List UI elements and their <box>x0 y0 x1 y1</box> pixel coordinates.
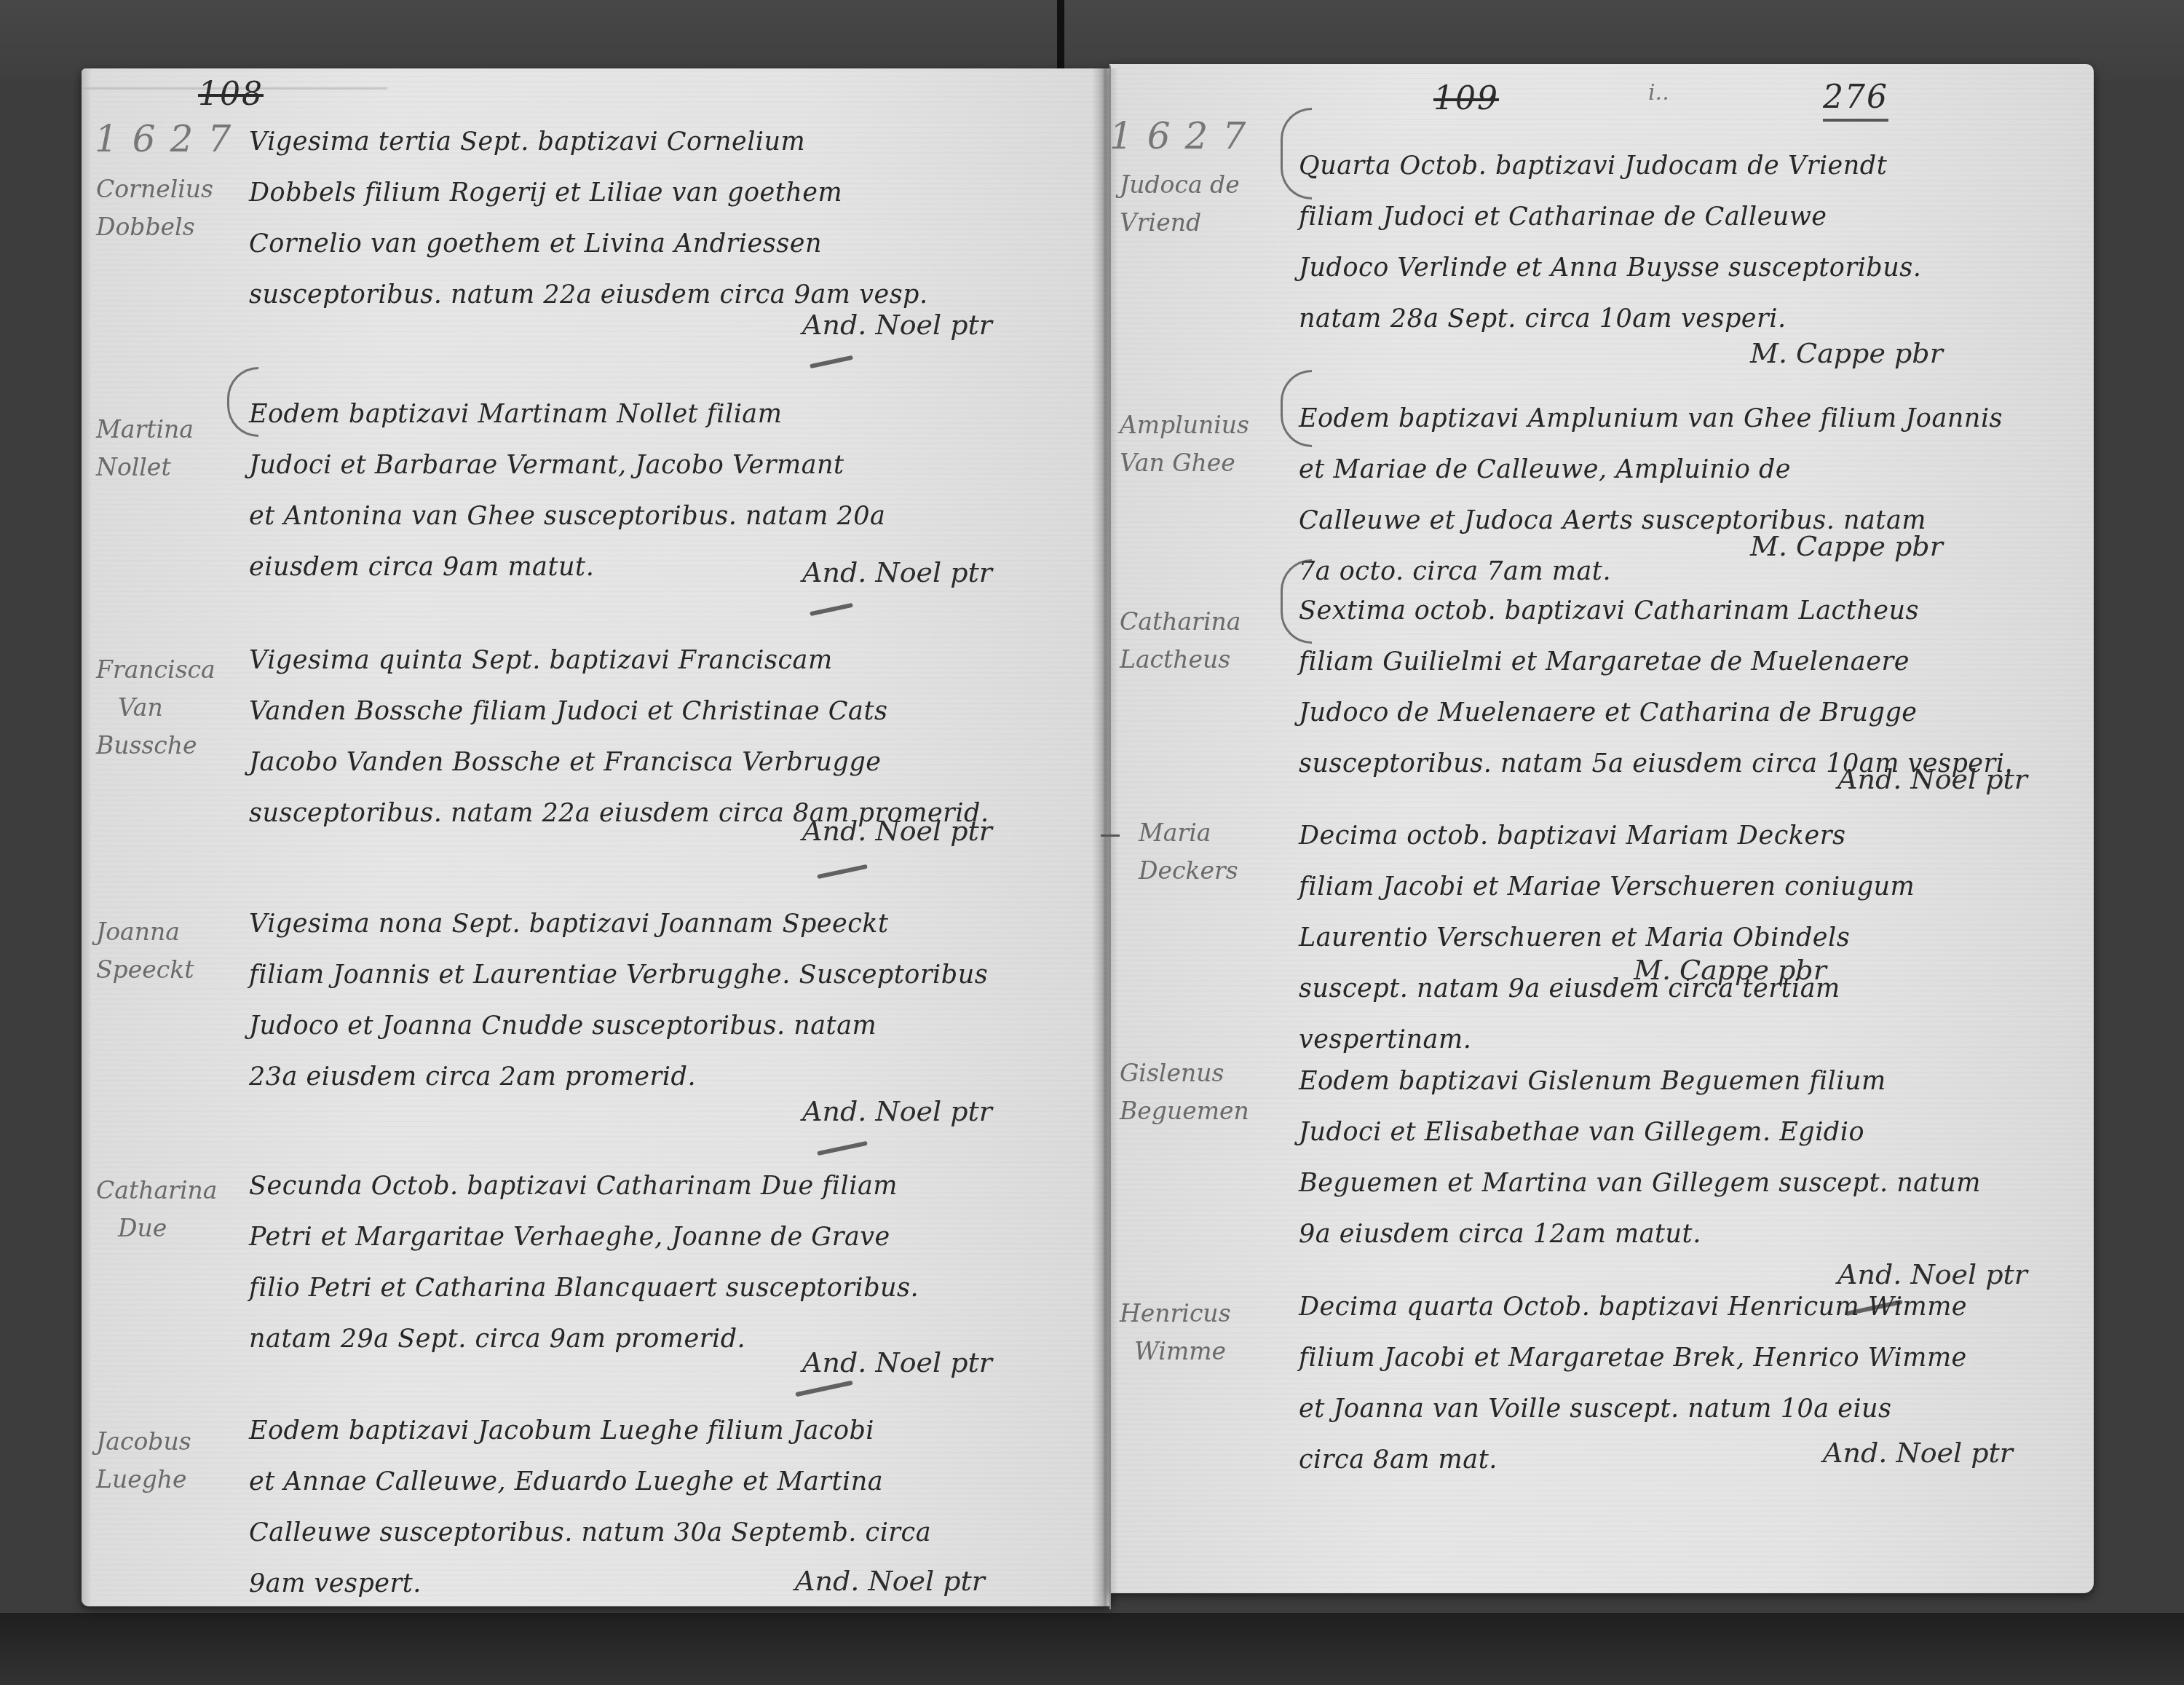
book-spine <box>1057 0 1064 69</box>
entry-line: filiam Judoci et Catharinae de Calleuwe <box>1299 192 1921 242</box>
entry-line: Vigesima quinta Sept. baptizavi Francisc… <box>249 635 989 686</box>
entry-line: filiam Joannis et Laurentiae Verbrugghe.… <box>249 950 988 1001</box>
margin-name-line: Beguemen <box>1120 1092 1287 1130</box>
margin-name: Joanna Speeckt <box>96 913 264 989</box>
margin-name-line: Cornelius <box>96 170 264 208</box>
page-edge <box>82 68 92 1606</box>
margin-name: Maria Deckers <box>1139 814 1306 890</box>
page-divider <box>1109 66 1111 1609</box>
margin-name: Martina Nollet <box>96 411 264 486</box>
margin-name-line: Lactheus <box>1120 641 1287 679</box>
margin-name-line: Van <box>96 689 264 727</box>
margin-name: Cornelius Dobbels <box>96 170 264 246</box>
margin-name-line: Joanna <box>96 913 264 951</box>
entry-line: filio Petri et Catharina Blancquaert sus… <box>249 1263 919 1314</box>
entry-line: Dobbels filium Rogerij et Liliae van goe… <box>249 167 928 218</box>
entry-line: Judoci et Elisabethae van Gillegem. Egid… <box>1299 1107 1981 1158</box>
entry-line: Vigesima nona Sept. baptizavi Joannam Sp… <box>249 899 988 950</box>
entry-line: et Antonina van Ghee susceptoribus. nata… <box>249 491 885 542</box>
baptism-entry: Eodem baptizavi Gislenum Beguemen filium… <box>1299 1056 1981 1260</box>
priest-signature: And. Noel ptr <box>802 815 992 847</box>
entry-line: filiam Guilielmi et Margaretae de Muelen… <box>1299 636 2013 687</box>
margin-name-line: Amplunius <box>1120 406 1287 444</box>
signature-flourish <box>810 603 853 616</box>
entry-line: Cornelio van goethem et Livina Andriesse… <box>249 218 928 269</box>
entry-line: Secunda Octob. baptizavi Catharinam Due … <box>249 1161 919 1212</box>
book-gutter <box>1092 68 1118 1606</box>
margin-name-line: Van Ghee <box>1120 444 1287 482</box>
margin-name: Catharina Lactheus <box>1120 603 1287 679</box>
entry-line: Decima quarta Octob. baptizavi Henricum … <box>1299 1282 1967 1333</box>
margin-name-line: Catharina <box>1120 603 1287 641</box>
margin-name-line: Dobbels <box>96 208 264 246</box>
margin-name-line: Maria <box>1139 814 1306 852</box>
priest-signature: And. Noel ptr <box>802 556 992 588</box>
margin-name-line: Vriend <box>1120 204 1287 242</box>
folio-number-struck: 109 <box>1433 80 1499 117</box>
baptism-entry: Eodem baptizavi Martinam Nollet filiam J… <box>249 389 885 593</box>
entry-line: Vigesima tertia Sept. baptizavi Corneliu… <box>249 117 928 167</box>
entry-line: filium Jacobi et Margaretae Brek, Henric… <box>1299 1333 1967 1384</box>
priest-signature: And. Noel ptr <box>802 1095 992 1127</box>
right-page: 109 i.. 276 1627 Judoca de Vriend Quarta… <box>1109 64 2094 1593</box>
entry-line: Judoci et Barbarae Vermant, Jacobo Verma… <box>249 440 885 491</box>
entry-line: et Joanna van Voille suscept. natum 10a … <box>1299 1384 1967 1435</box>
margin-name: Francisca Van Bussche <box>96 651 264 765</box>
entry-line: Eodem baptizavi Amplunium van Ghee filiu… <box>1299 393 2003 444</box>
entry-line: Sextima octob. baptizavi Catharinam Lact… <box>1299 585 2013 636</box>
signature-flourish <box>795 1381 852 1397</box>
margin-name-line: Due <box>96 1210 264 1247</box>
margin-name: Jacobus Lueghe <box>96 1423 264 1499</box>
signature-flourish <box>817 1141 868 1156</box>
scan-background-bottom <box>0 1613 2184 1685</box>
priest-signature: M. Cappe pbr <box>1750 530 1943 562</box>
entry-line: Petri et Margaritae Verhaeghe, Joanne de… <box>249 1212 919 1263</box>
entry-line: et Annae Calleuwe, Eduardo Lueghe et Mar… <box>249 1456 931 1507</box>
signature-flourish <box>817 864 868 879</box>
top-mark: i.. <box>1648 80 1669 106</box>
entry-line: Decima octob. baptizavi Mariam Deckers <box>1299 810 1915 861</box>
entry-line: Judoco et Joanna Cnudde susceptoribus. n… <box>249 1001 988 1051</box>
margin-name-line: Catharina <box>96 1172 264 1210</box>
margin-name: Catharina Due <box>96 1172 264 1247</box>
baptism-entry: Sextima octob. baptizavi Catharinam Lact… <box>1299 585 2013 789</box>
year-mark: 1627 <box>1109 115 1260 157</box>
binding-thread <box>1101 834 1120 837</box>
entry-line: Calleuwe susceptoribus. natum 30a Septem… <box>249 1507 931 1558</box>
folio-number: 276 <box>1823 79 1888 116</box>
folio-number-text: 276 <box>1823 79 1888 122</box>
margin-name-line: Speeckt <box>96 951 264 989</box>
margin-name: Amplunius Van Ghee <box>1120 406 1287 482</box>
entry-line: filiam Jacobi et Mariae Verschueren coni… <box>1299 861 1915 912</box>
priest-signature: And. Noel ptr <box>1823 1437 2013 1469</box>
entry-line: Eodem baptizavi Jacobum Lueghe filium Ja… <box>249 1405 931 1456</box>
priest-signature: M. Cappe pbr <box>1634 954 1827 986</box>
entry-line: et Mariae de Calleuwe, Ampluinio de <box>1299 444 2003 495</box>
left-page: 108 1627 Cornelius Dobbels Vigesima tert… <box>82 68 1109 1606</box>
priest-signature: And. Noel ptr <box>795 1565 985 1597</box>
baptism-entry: Secunda Octob. baptizavi Catharinam Due … <box>249 1161 919 1365</box>
priest-signature: And. Noel ptr <box>802 309 992 341</box>
signature-flourish <box>810 355 853 368</box>
priest-signature: M. Cappe pbr <box>1750 337 1943 369</box>
entry-line: Vanden Bossche filiam Judoci et Christin… <box>249 686 989 737</box>
margin-name-line: Francisca <box>96 651 264 689</box>
margin-name-line: Bussche <box>96 727 264 765</box>
entry-line: 9a eiusdem circa 12am matut. <box>1299 1209 1981 1260</box>
entry-line: Eodem baptizavi Gislenum Beguemen filium <box>1299 1056 1981 1107</box>
folio-number-struck: 108 <box>198 76 264 113</box>
baptism-entry: Vigesima quinta Sept. baptizavi Francisc… <box>249 635 989 839</box>
year-mark: 1627 <box>95 118 245 160</box>
margin-name-line: Wimme <box>1120 1333 1287 1370</box>
entry-line: Jacobo Vanden Bossche et Francisca Verbr… <box>249 737 989 788</box>
margin-name-line: Lueghe <box>96 1461 264 1499</box>
entry-line: Eodem baptizavi Martinam Nollet filiam <box>249 389 885 440</box>
priest-signature: And. Noel ptr <box>802 1346 992 1378</box>
entry-line: eiusdem circa 9am matut. <box>249 542 885 593</box>
entry-line: Judoco de Muelenaere et Catharina de Bru… <box>1299 687 2013 738</box>
priest-signature: And. Noel ptr <box>1837 763 2027 795</box>
entry-line: Judoco Verlinde et Anna Buysse susceptor… <box>1299 242 1921 293</box>
baptism-entry: Vigesima nona Sept. baptizavi Joannam Sp… <box>249 899 988 1102</box>
margin-name-line: Judoca de <box>1120 166 1287 204</box>
margin-name: Henricus Wimme <box>1120 1295 1287 1370</box>
margin-name: Gislenus Beguemen <box>1120 1054 1287 1130</box>
entry-line: Quarta Octob. baptizavi Judocam de Vrien… <box>1299 141 1921 192</box>
margin-name-line: Henricus <box>1120 1295 1287 1333</box>
margin-name-line: Nollet <box>96 449 264 486</box>
baptism-entry: Decima octob. baptizavi Mariam Deckers f… <box>1299 810 1915 1065</box>
entry-line: Beguemen et Martina van Gillegem suscept… <box>1299 1158 1981 1209</box>
baptism-entry: Vigesima tertia Sept. baptizavi Corneliu… <box>249 117 928 320</box>
margin-name-line: Deckers <box>1139 852 1306 890</box>
margin-name-line: Jacobus <box>96 1423 264 1461</box>
margin-name: Judoca de Vriend <box>1120 166 1287 242</box>
margin-name-line: Martina <box>96 411 264 449</box>
baptism-entry: Eodem baptizavi Amplunium van Ghee filiu… <box>1299 393 2003 597</box>
baptism-entry: Quarta Octob. baptizavi Judocam de Vrien… <box>1299 141 1921 344</box>
margin-name-line: Gislenus <box>1120 1054 1287 1092</box>
